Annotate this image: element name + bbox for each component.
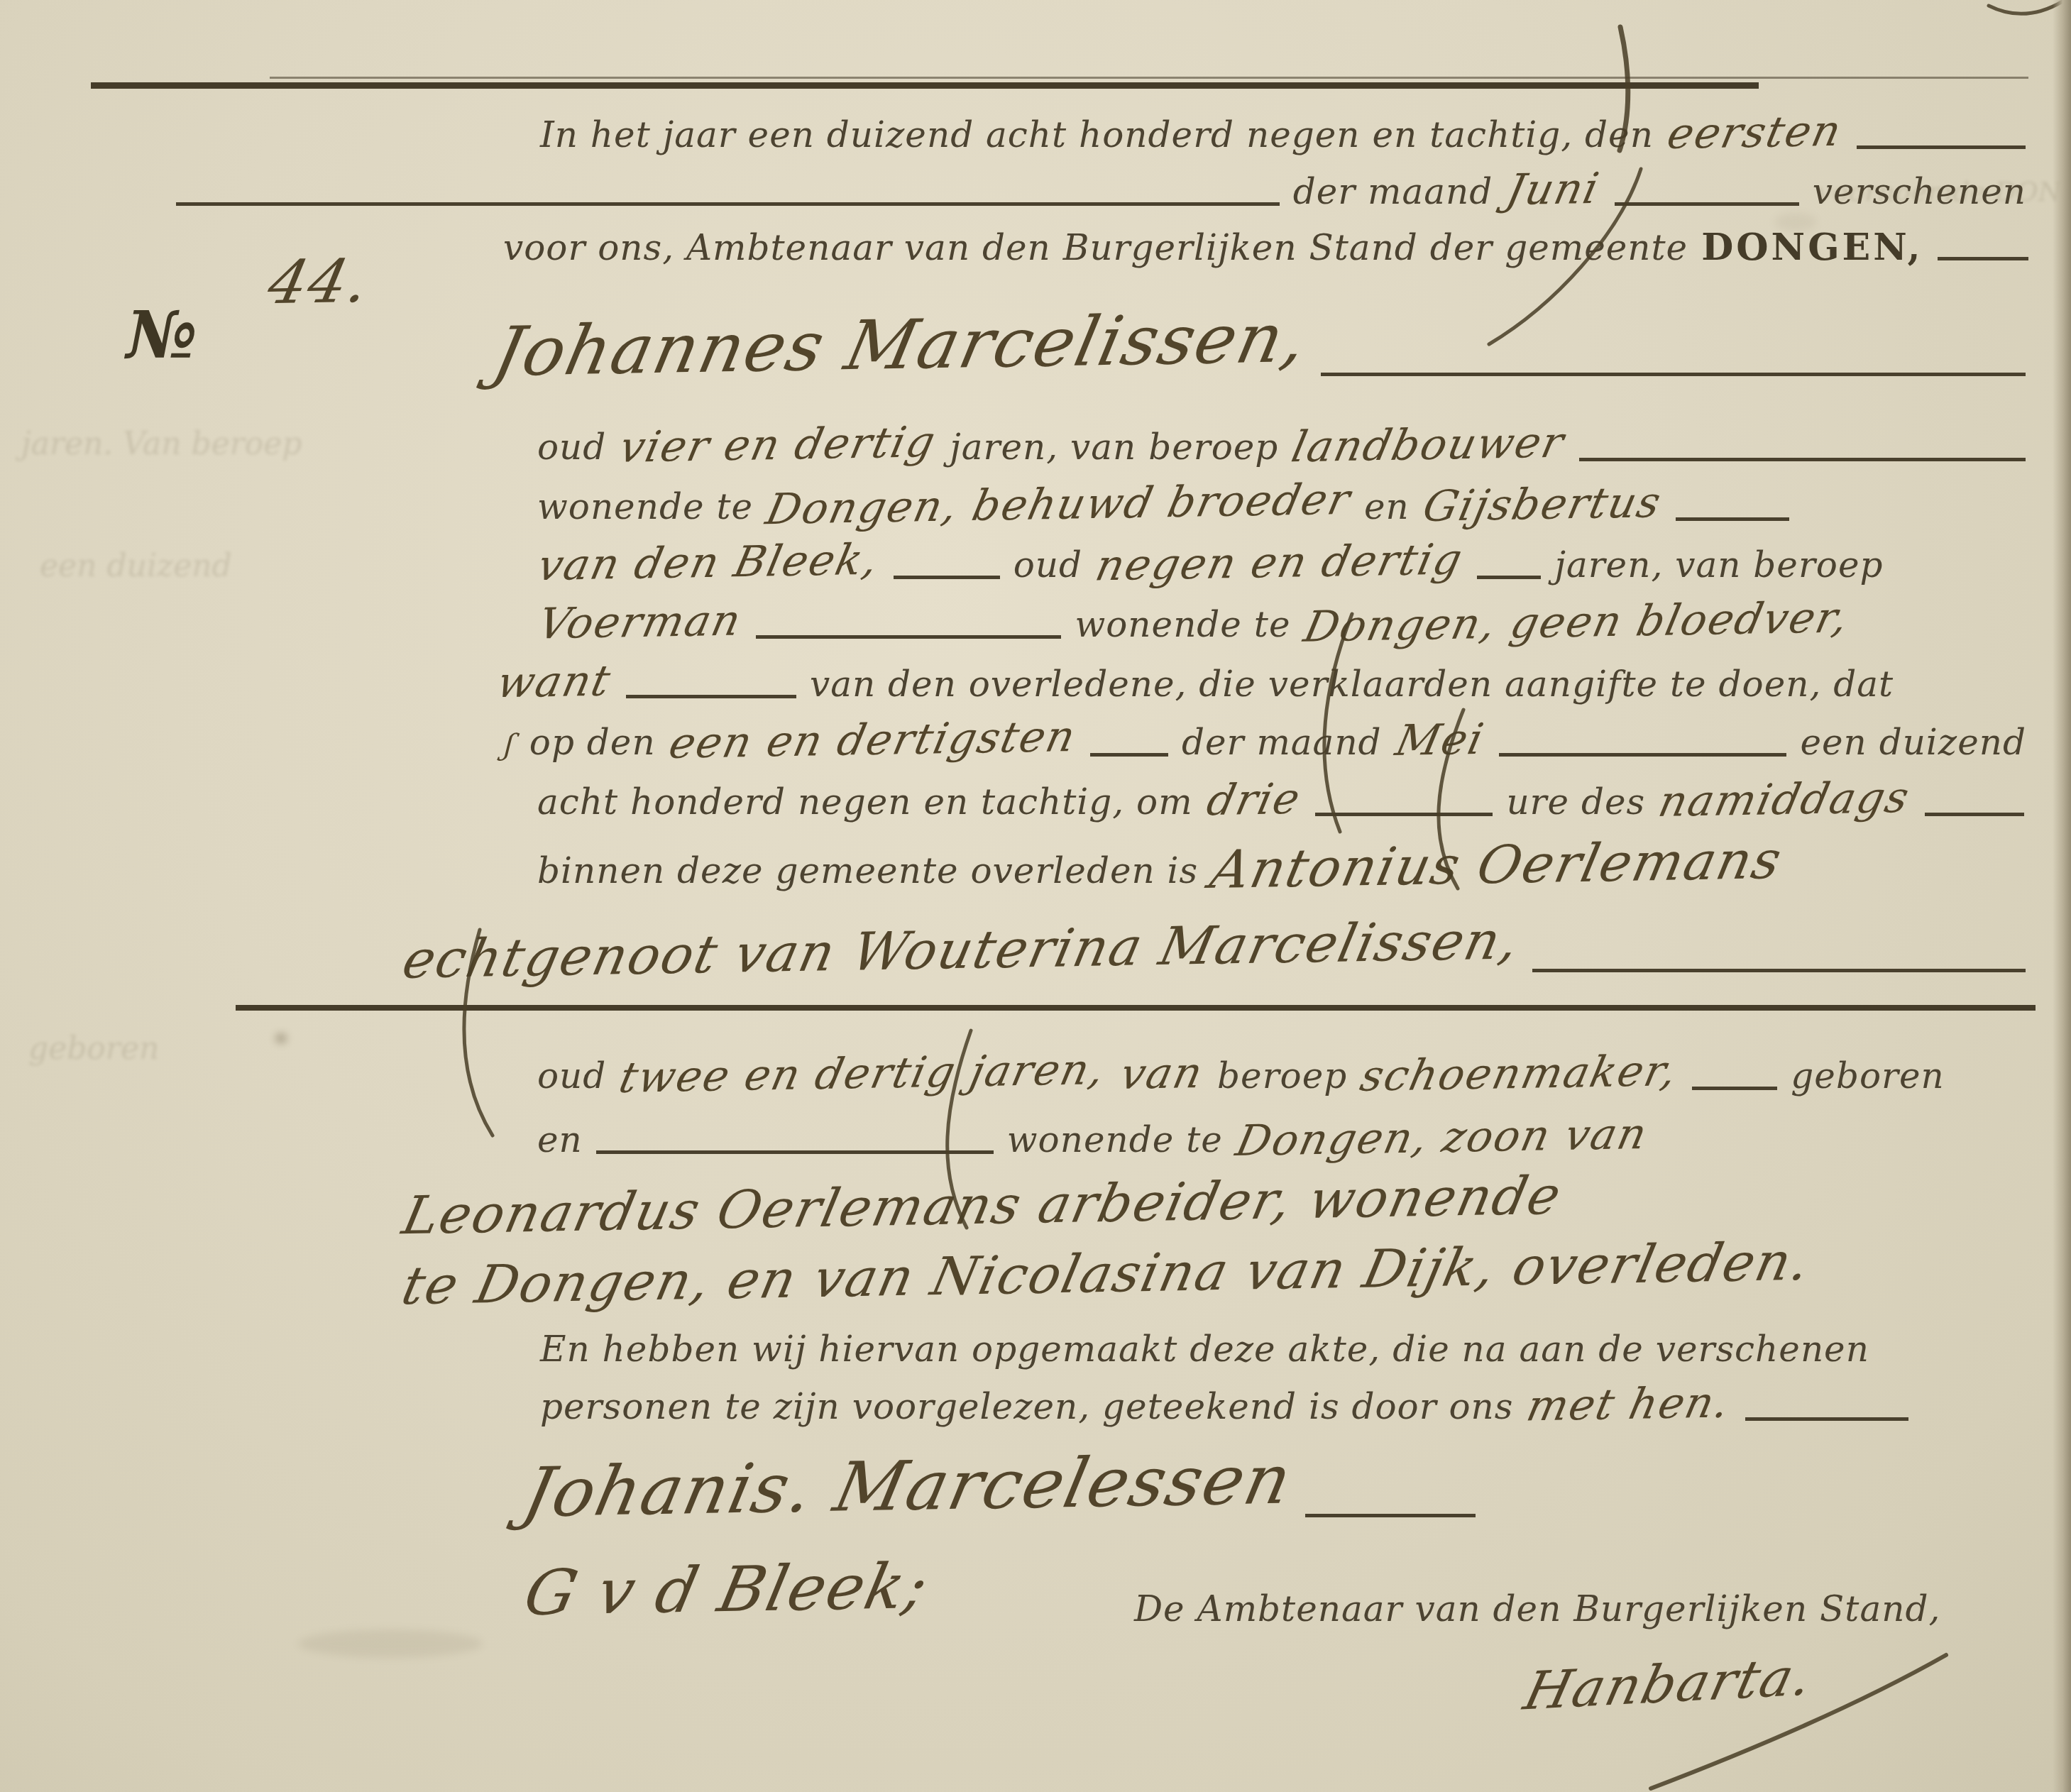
- printed-text: ure des: [1506, 781, 1645, 823]
- blank-line: [1321, 373, 2026, 376]
- handwritten-text: Dongen, geen bloedver,: [1300, 593, 1854, 652]
- handwritten-text: want: [493, 656, 615, 708]
- blank-line: [1315, 813, 1493, 816]
- handwritten-text: eersten: [1663, 106, 1847, 159]
- handwritten-text: met hen.: [1522, 1378, 1735, 1431]
- handwritten-text: Johannes Marcelissen,: [487, 298, 1315, 392]
- form-line-official: voor ons, Ambtenaar van den Burgerlijken…: [497, 226, 2036, 269]
- blank-line: [1615, 202, 1799, 206]
- printed-text: beroep: [1217, 1055, 1347, 1096]
- form-line-death-time: acht honderd negen en tachtig, omdrieure…: [531, 775, 2033, 825]
- bleedthrough-text: geboren: [28, 1030, 159, 1067]
- printed-text: van den overledene, die verklaarden aang…: [810, 664, 1894, 705]
- form-line-declarant2-name-age: van den Bleek,oudnegen en dertigjaren, v…: [531, 538, 2033, 588]
- blank-line: [1676, 517, 1789, 521]
- handwritten-text: van den Bleek,: [534, 535, 884, 590]
- handwritten-text: namiddags: [1654, 773, 1915, 827]
- blank-line: [1925, 813, 2024, 816]
- blank-line: [596, 1150, 994, 1154]
- handwritten-text: te Dongen, en van Nicolasina van Dijk, o…: [397, 1231, 1816, 1316]
- printed-text: der maand: [1182, 722, 1382, 763]
- blank-line: [1477, 576, 1541, 579]
- pen-flourish: [1989, 1, 2062, 13]
- top-rule: [91, 82, 1759, 89]
- printed-text: jaren, van beroep: [950, 427, 1278, 468]
- ink-speck: [275, 1033, 287, 1043]
- act-number-handwritten: 44.: [262, 246, 376, 317]
- handwritten-text: ʃ: [502, 729, 518, 762]
- printed-text: en: [1364, 486, 1410, 527]
- handwritten-text: drie: [1202, 774, 1305, 825]
- printed-text: acht honderd negen en tachtig, om: [537, 781, 1193, 823]
- handwritten-text: schoenmaker,: [1356, 1046, 1683, 1101]
- printed-text: der maand: [1293, 171, 1493, 212]
- handwritten-text: Juni: [1503, 164, 1605, 215]
- printed-text: op den: [529, 722, 656, 763]
- handwritten-text: Antonius Oerlemans: [1206, 830, 1789, 901]
- handwritten-text: Leonardus Oerlemans arbeider, wonende: [397, 1165, 1568, 1246]
- printed-text: DONGEN,: [1701, 226, 1923, 269]
- witness2-signature: G v d Bleek;: [518, 1549, 935, 1629]
- form-line-closing-2: personen te zijn voorgelezen, geteekend …: [534, 1380, 1965, 1429]
- registrar-signature: Hanbarta.: [1518, 1647, 1819, 1722]
- top-rule-echo: [270, 77, 2028, 79]
- printed-text: oud: [1013, 544, 1082, 586]
- form-line-relation: wantvan den overledene, die verklaarden …: [490, 657, 2033, 707]
- handwritten-text: twee en dertig jaren,: [615, 1045, 1111, 1103]
- blank-line: [1692, 1087, 1777, 1090]
- form-line-closing-1: En hebben wij hiervan opgemaakt deze akt…: [534, 1329, 1965, 1370]
- blank-line: [1090, 753, 1168, 757]
- handwritten-text: Voerman: [534, 596, 746, 649]
- witness2-signature-row: G v d Bleek;: [518, 1553, 935, 1626]
- handwritten-text: Gijsbertus: [1419, 478, 1666, 532]
- printed-text: En hebben wij hiervan opgemaakt deze akt…: [540, 1329, 1869, 1370]
- printed-text: binnen deze gemeente overleden is: [537, 850, 1198, 891]
- handwritten-text: vier en dertig: [615, 417, 941, 473]
- form-line-declarant1-residence: wonende teDongen, behuwd broederenGijsbe…: [531, 480, 2033, 529]
- printed-text: wonende te: [1075, 604, 1290, 645]
- handwritten-text: Dongen, zoon van: [1231, 1109, 1652, 1166]
- printed-text: geboren: [1791, 1055, 1944, 1096]
- registrar-signature-row: Hanbarta.: [1519, 1654, 1819, 1715]
- bleedthrough-text: een duizend: [40, 548, 232, 584]
- form-line-deceased-name: binnen deze gemeente overleden isAntoniu…: [531, 835, 2033, 896]
- paper-smudge: [1774, 213, 1817, 231]
- printed-text: een duizend: [1800, 722, 2026, 763]
- numero-symbol: №: [126, 297, 197, 373]
- paper-smudge: [298, 1629, 483, 1658]
- handwritten-text: echtgenoot van Wouterina Marcelissen,: [397, 910, 1525, 990]
- act-number-block: №: [126, 297, 197, 373]
- blank-line: [894, 576, 1000, 579]
- printed-text: oud: [537, 1055, 606, 1096]
- form-line-declarant1-name: Johannes Marcelissen,: [488, 305, 2033, 385]
- form-line-death-date: ʃop deneen en dertigstender maandMeieen …: [497, 715, 2033, 765]
- printed-text: en: [537, 1119, 583, 1160]
- form-line-declarant2-occupation-residence: Voermanwonende teDongen, geen bloedver,: [531, 598, 2033, 647]
- blank-line: [1745, 1417, 1908, 1421]
- handwritten-text: van: [1116, 1048, 1208, 1099]
- printed-text: jaren, van beroep: [1554, 544, 1883, 586]
- form-line-mother: te Dongen, en van Nicolasina van Dijk, o…: [397, 1243, 1730, 1304]
- form-line-spouse: echtgenoot van Wouterina Marcelissen,: [397, 920, 2033, 981]
- blank-line: [756, 635, 1061, 639]
- printed-text: In het jaar een duizend acht honderd neg…: [540, 114, 1654, 155]
- death-certificate-page: № 44. In het jaar een duizend acht honde…: [0, 0, 2071, 1792]
- handwritten-text: Mei: [1391, 715, 1489, 766]
- bleedthrough-text: voornoemde DONGEN.: [1817, 176, 2071, 207]
- form-line-deceased-residence: enwonende teDongen, zoon van: [531, 1113, 2033, 1162]
- blank-line: [1499, 753, 1787, 757]
- form-line-year: In het jaar een duizend acht honderd neg…: [534, 108, 2033, 158]
- handwritten-text: negen en dertig: [1092, 535, 1468, 591]
- registrar-title: De Ambtenaar van den Burgerlijken Stand,: [1134, 1588, 1940, 1629]
- blank-line: [626, 695, 796, 698]
- bleedthrough-text: jaren. Van beroep: [21, 426, 302, 462]
- printed-text: personen te zijn voorgelezen, geteekend …: [540, 1386, 1513, 1427]
- printed-text: oud: [537, 427, 606, 468]
- handwritten-text: Dongen, behuwd broeder: [762, 475, 1356, 534]
- form-line-father: Leonardus Oerlemans arbeider, wonende: [397, 1175, 1787, 1236]
- page-edge: [2053, 0, 2071, 1792]
- form-line-declarant1-age-occupation: oudvier en dertigjaren, van beroeplandbo…: [531, 420, 2033, 470]
- signature-underline: [1305, 1514, 1476, 1517]
- handwritten-text: landbouwer: [1287, 418, 1569, 473]
- witness1-signature: Johanis. Marcelessen: [517, 1440, 1300, 1533]
- form-line-deceased-age-occupation: oudtwee en dertig jaren,vanberoepschoenm…: [531, 1049, 2033, 1099]
- printed-text: voor ons, Ambtenaar van den Burgerlijken…: [503, 227, 1688, 268]
- handwritten-text: een en dertigsten: [664, 712, 1080, 769]
- blank-line: [1532, 969, 2026, 972]
- form-line-month: der maandJuniverschenen: [169, 165, 2033, 214]
- printed-text: wonende te: [537, 486, 753, 527]
- witness1-signature-row: Johanis. Marcelessen: [518, 1446, 1654, 1526]
- blank-line: [1579, 458, 2026, 461]
- blank-line: [1938, 257, 2029, 260]
- blank-line: [176, 202, 1280, 206]
- section-divider-rule: [236, 1005, 2036, 1011]
- blank-line: [1857, 145, 2026, 149]
- printed-text: wonende te: [1007, 1119, 1223, 1160]
